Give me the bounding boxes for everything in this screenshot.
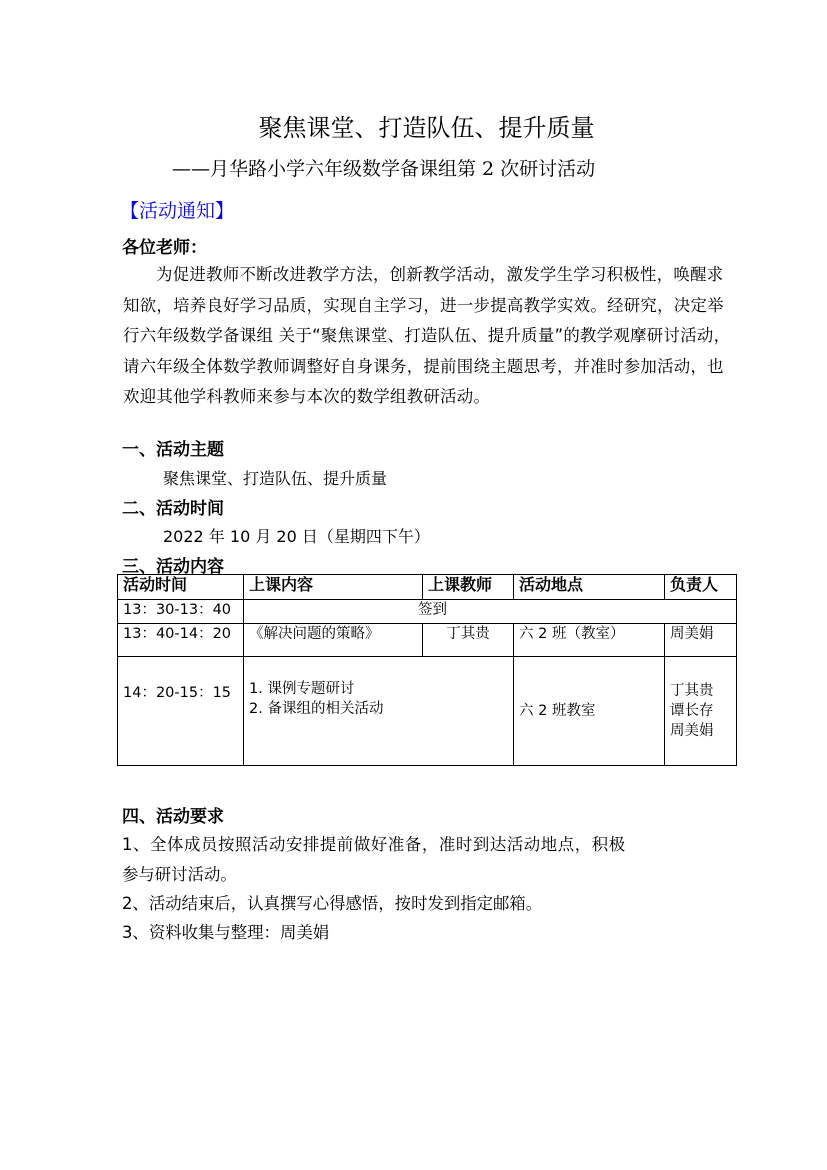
content-line: 1. 课例专题研讨	[249, 679, 508, 699]
table-row: 13：40-14：20 《解决问题的策略》 丁其贵 六 2 班（教室） 周美娟	[118, 624, 737, 657]
owner-cell: 周美娟	[665, 624, 737, 657]
document-title: 聚焦课堂、打造队伍、提升质量	[0, 108, 827, 143]
owner-line: 谭长存	[670, 701, 731, 721]
requirement-line: 参与研讨活动。	[122, 861, 237, 885]
owner-line: 周美娟	[670, 721, 731, 741]
salutation: 各位老师：	[122, 233, 207, 258]
location-cell: 六 2 班（教室）	[514, 624, 665, 657]
requirement-line: 3、资料收集与整理：周美娟	[122, 919, 329, 943]
header-cell: 活动时间	[118, 575, 244, 600]
time-cell: 13：30-13：40	[118, 600, 244, 624]
header-cell: 活动地点	[514, 575, 665, 600]
header-cell: 负责人	[665, 575, 737, 600]
table-row: 14：20-15：15 1. 课例专题研讨 2. 备课组的相关活动 六 2 班教…	[118, 657, 737, 766]
time-cell: 13：40-14：20	[118, 624, 244, 657]
content-line: 2. 备课组的相关活动	[249, 699, 508, 719]
intro-paragraph: 为促进教师不断改进教学方法，创新教学活动，激发学生学习积极性，唤醒求知欲，培养良…	[123, 260, 735, 413]
location-cell: 六 2 班教室	[514, 657, 665, 766]
section-heading-time: 二、活动时间	[122, 494, 224, 519]
header-cell: 上课教师	[423, 575, 514, 600]
section-content-theme: 聚焦课堂、打造队伍、提升质量	[163, 466, 387, 489]
time-cell: 14：20-15：15	[118, 657, 244, 766]
schedule-table: 活动时间 上课内容 上课教师 活动地点 负责人 13：30-13：40 签到 1…	[117, 574, 737, 766]
teacher-cell: 丁其贵	[423, 624, 514, 657]
section-heading-requirements: 四、活动要求	[122, 802, 224, 827]
owner-cell: 丁其贵 谭长存 周美娟	[665, 657, 737, 766]
header-cell: 上课内容	[244, 575, 423, 600]
table-header-row: 活动时间 上课内容 上课教师 活动地点 负责人	[118, 575, 737, 600]
owner-line: 丁其贵	[670, 681, 731, 701]
section-heading-theme: 一、活动主题	[122, 435, 224, 460]
requirement-line: 2、活动结束后，认真撰写心得感悟，按时发到指定邮箱。	[122, 890, 542, 914]
requirement-line: 1、全体成员按照活动安排提前做好准备，准时到达活动地点，积极	[122, 831, 626, 855]
table-row: 13：30-13：40 签到	[118, 600, 737, 624]
merged-cell: 签到	[244, 600, 737, 624]
section-content-time: 2022 年 10 月 20 日（星期四下午）	[163, 524, 430, 547]
notice-heading: 【活动通知】	[120, 196, 234, 223]
content-cell: 1. 课例专题研讨 2. 备课组的相关活动	[244, 657, 514, 766]
document-subtitle: ——月华路小学六年级数学备课组第 2 次研讨活动	[172, 154, 595, 181]
content-cell: 《解决问题的策略》	[244, 624, 423, 657]
